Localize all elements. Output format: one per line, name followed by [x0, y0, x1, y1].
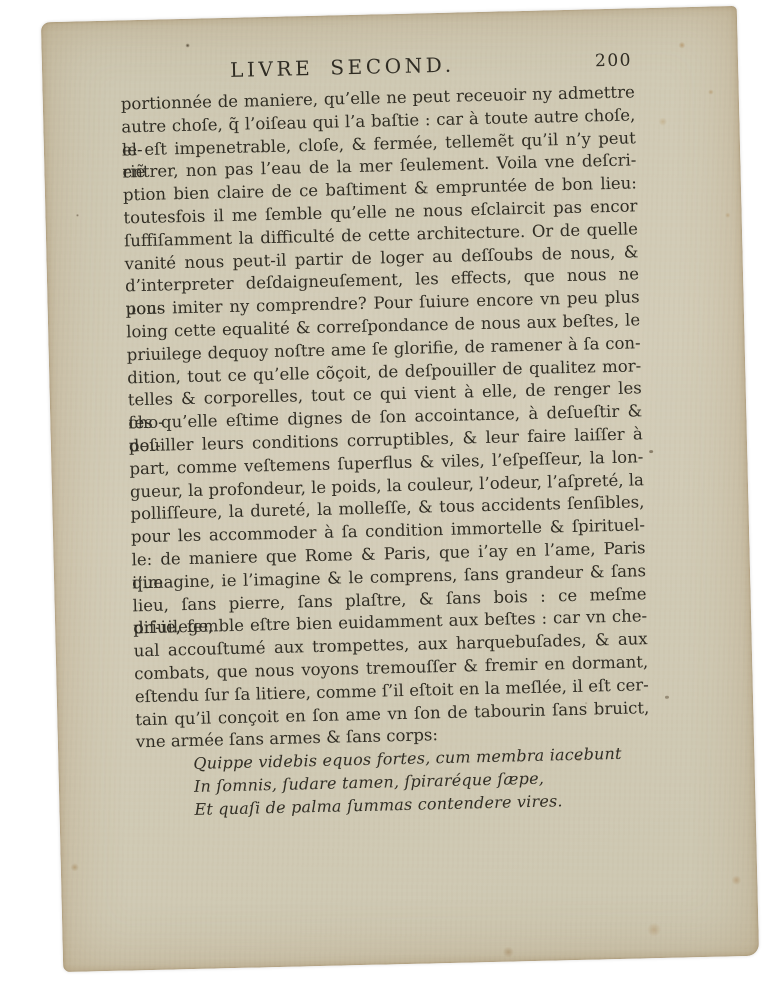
- verse-block: Quippe videbis equos fortes, cum membra …: [193, 742, 651, 821]
- page-number: 200: [595, 50, 632, 71]
- ink-speck: [665, 696, 669, 699]
- body-text-block: portionnée de maniere, qu’elle ne peut r…: [121, 81, 650, 754]
- ink-speck: [649, 450, 653, 453]
- running-header: LIVRE SECOND. 200: [120, 48, 634, 84]
- scan-background: LIVRE SECOND. 200 portionnée de maniere,…: [0, 0, 768, 983]
- book-page: LIVRE SECOND. 200 portionnée de maniere,…: [41, 6, 759, 972]
- text-column: LIVRE SECOND. 200 portionnée de maniere,…: [120, 48, 652, 822]
- running-header-title: LIVRE SECOND.: [230, 53, 455, 82]
